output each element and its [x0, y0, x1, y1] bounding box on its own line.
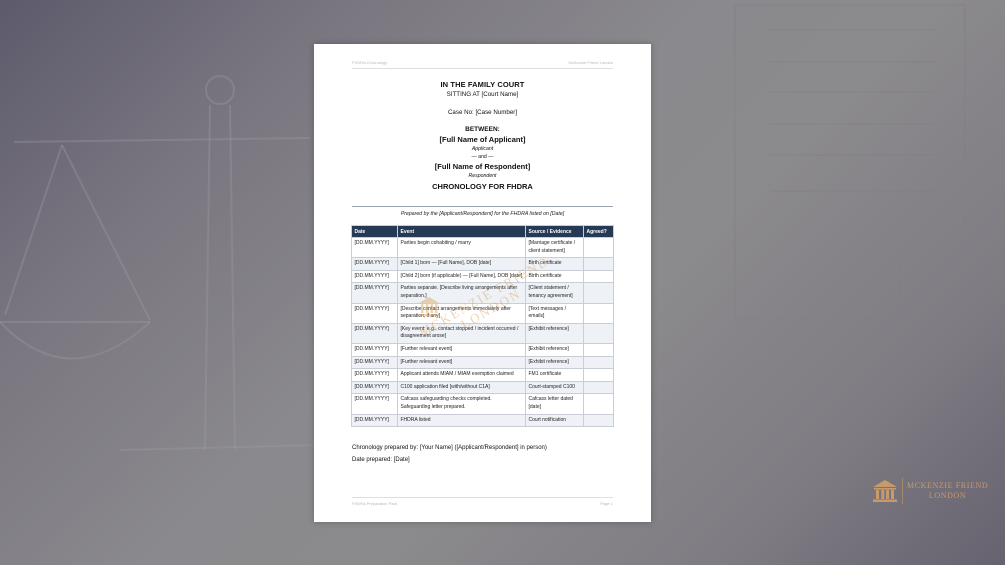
- sitting-at: SITTING AT [Court Name]: [314, 91, 651, 98]
- cell-source: [Exhibit reference]: [526, 343, 584, 356]
- prepared-by-line: Prepared by the [Applicant/Respondent] f…: [314, 211, 651, 217]
- brand-separator: [902, 478, 903, 504]
- cell-source: Birth certificate: [526, 258, 584, 271]
- document-page: FHDRA Chronology McKenzie Friend London …: [314, 44, 651, 522]
- brand-logo: MCKENZIE FRIEND LONDON: [872, 478, 988, 504]
- cell-date: [DD.MM.YYYY]: [352, 369, 398, 382]
- cell-source: [Marriage certificate / client statement…: [526, 238, 584, 258]
- respondent-role: Respondent: [314, 173, 651, 179]
- title-block: IN THE FAMILY COURT SITTING AT [Court Na…: [314, 80, 651, 191]
- cell-source: FM1 certificate: [526, 369, 584, 382]
- cell-date: [DD.MM.YYYY]: [352, 323, 398, 343]
- cell-event: [Describe contact arrangements immediate…: [398, 303, 526, 323]
- table-row: [DD.MM.YYYY][Further relevant event][Exh…: [352, 356, 614, 369]
- table-row: [DD.MM.YYYY][Further relevant event][Exh…: [352, 343, 614, 356]
- cell-date: [DD.MM.YYYY]: [352, 238, 398, 258]
- cell-date: [DD.MM.YYYY]: [352, 343, 398, 356]
- scales-of-justice-icon: [0, 76, 320, 450]
- cell-date: [DD.MM.YYYY]: [352, 270, 398, 283]
- cell-agreed: [584, 258, 614, 271]
- cell-agreed: [584, 343, 614, 356]
- cell-source: [Text messages / emails]: [526, 303, 584, 323]
- brand-line-2: LONDON: [907, 491, 988, 501]
- cell-agreed: [584, 356, 614, 369]
- cell-event: [Child 2] born (if applicable) — [Full N…: [398, 270, 526, 283]
- cell-agreed: [584, 283, 614, 303]
- table-header-row: Date Event Source / Evidence Agreed?: [352, 226, 614, 238]
- cell-date: [DD.MM.YYYY]: [352, 303, 398, 323]
- cell-date: [DD.MM.YYYY]: [352, 394, 398, 414]
- cell-event: Parties begin cohabiting / marry: [398, 238, 526, 258]
- document-outline-icon: [735, 5, 965, 320]
- cell-source: [Client statement / tenancy agreement]: [526, 283, 584, 303]
- cell-date: [DD.MM.YYYY]: [352, 356, 398, 369]
- table-row: [DD.MM.YYYY][Child 1] born — [Full Name]…: [352, 258, 614, 271]
- cell-date: [DD.MM.YYYY]: [352, 381, 398, 394]
- cell-event: [Further relevant event]: [398, 356, 526, 369]
- footer-left: FHDRA Preparation Pack: [352, 501, 397, 506]
- cell-agreed: [584, 381, 614, 394]
- cell-date: [DD.MM.YYYY]: [352, 258, 398, 271]
- and-separator: — and —: [314, 154, 651, 160]
- cell-source: Birth certificate: [526, 270, 584, 283]
- running-footer: FHDRA Preparation Pack Page 1: [352, 497, 613, 506]
- cell-event: C100 application filed [with/without C1A…: [398, 381, 526, 394]
- brand-line-1: MCKENZIE FRIEND: [907, 481, 988, 491]
- header-left: FHDRA Chronology: [352, 60, 387, 65]
- cell-date: [DD.MM.YYYY]: [352, 414, 398, 427]
- cell-event: [Child 1] born — [Full Name], DOB [date]: [398, 258, 526, 271]
- title-divider: [352, 206, 613, 207]
- cell-source: [Exhibit reference]: [526, 356, 584, 369]
- running-header: FHDRA Chronology McKenzie Friend London: [352, 60, 613, 69]
- cell-source: Cafcass letter dated [date]: [526, 394, 584, 414]
- cell-event: Applicant attends MIAM / MIAM exemption …: [398, 369, 526, 382]
- applicant-role: Applicant: [314, 146, 651, 152]
- case-number: Case No: [Case Number]: [314, 109, 651, 116]
- cell-date: [DD.MM.YYYY]: [352, 283, 398, 303]
- cell-event: [Further relevant event]: [398, 343, 526, 356]
- cell-agreed: [584, 270, 614, 283]
- col-header-event: Event: [398, 226, 526, 238]
- table-row: [DD.MM.YYYY]Parties begin cohabiting / m…: [352, 238, 614, 258]
- header-right: McKenzie Friend London: [569, 60, 613, 65]
- cell-agreed: [584, 238, 614, 258]
- table-row: [DD.MM.YYYY]Applicant attends MIAM / MIA…: [352, 369, 614, 382]
- cell-source: Court notification: [526, 414, 584, 427]
- table-row: [DD.MM.YYYY]Cafcass safeguarding checks …: [352, 394, 614, 414]
- table-row: [DD.MM.YYYY][Describe contact arrangemen…: [352, 303, 614, 323]
- between-label: BETWEEN:: [314, 126, 651, 133]
- brand-text: MCKENZIE FRIEND LONDON: [907, 481, 988, 501]
- table-body: [DD.MM.YYYY]Parties begin cohabiting / m…: [352, 238, 614, 427]
- cell-event: [Key event: e.g., contact stopped / inci…: [398, 323, 526, 343]
- applicant-name: [Full Name of Applicant]: [314, 135, 651, 144]
- cell-agreed: [584, 369, 614, 382]
- document-heading: CHRONOLOGY FOR FHDRA: [314, 182, 651, 191]
- cell-event: Parties separate. [Describe living arran…: [398, 283, 526, 303]
- cell-event: Cafcass safeguarding checks completed. S…: [398, 394, 526, 414]
- cell-agreed: [584, 303, 614, 323]
- col-header-agreed: Agreed?: [584, 226, 614, 238]
- table-row: [DD.MM.YYYY][Child 2] born (if applicabl…: [352, 270, 614, 283]
- table-row: [DD.MM.YYYY]Parties separate. [Describe …: [352, 283, 614, 303]
- cell-agreed: [584, 323, 614, 343]
- chronology-table: Date Event Source / Evidence Agreed? [DD…: [351, 225, 614, 427]
- cell-event: FHDRA listed: [398, 414, 526, 427]
- table-row: [DD.MM.YYYY]FHDRA listedCourt notificati…: [352, 414, 614, 427]
- page-number: Page 1: [600, 501, 613, 506]
- date-prepared: Date prepared: [Date]: [352, 457, 547, 463]
- table-row: [DD.MM.YYYY][Key event: e.g., contact st…: [352, 323, 614, 343]
- cell-agreed: [584, 394, 614, 414]
- col-header-date: Date: [352, 226, 398, 238]
- table-row: [DD.MM.YYYY]C100 application filed [with…: [352, 381, 614, 394]
- signoff-block: Chronology prepared by: [Your Name] ([Ap…: [352, 445, 547, 468]
- courthouse-icon: [872, 479, 898, 503]
- prepared-by-signature: Chronology prepared by: [Your Name] ([Ap…: [352, 445, 547, 451]
- cell-source: [Exhibit reference]: [526, 323, 584, 343]
- col-header-source: Source / Evidence: [526, 226, 584, 238]
- cell-agreed: [584, 414, 614, 427]
- court-heading: IN THE FAMILY COURT: [314, 80, 651, 89]
- cell-source: Court-stamped C100: [526, 381, 584, 394]
- respondent-name: [Full Name of Respondent]: [314, 162, 651, 171]
